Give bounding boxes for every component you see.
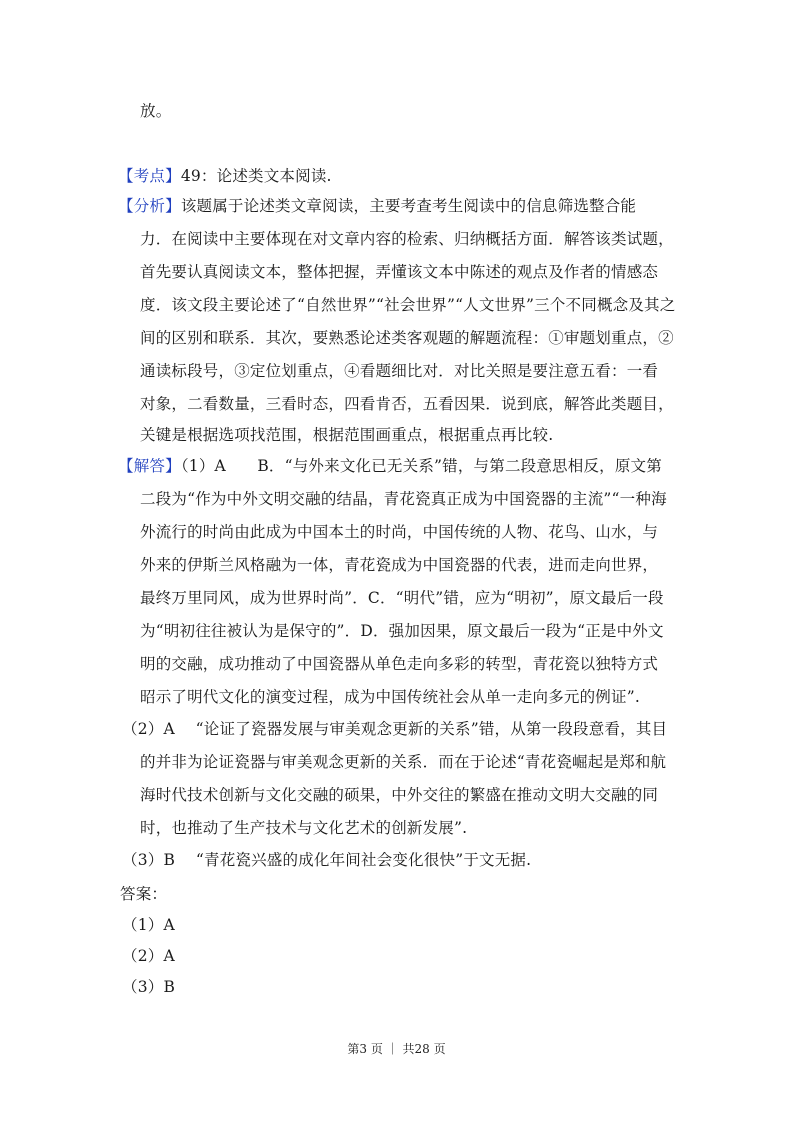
fenxi-row: 【分析】该题属于论述类文章阅读，主要考查考生阅读中的信息筛选整合能	[118, 196, 636, 216]
answers-label: 答案：	[120, 884, 167, 904]
fenxi-label: 【分析】	[118, 197, 181, 215]
jieda-line: 外流行的时尚由此成为中国本土的时尚，中国传统的人物、花鸟、山水，与	[140, 522, 658, 542]
fenxi-line: 力．在阅读中主要体现在对文章内容的检索、归纳概括方面．解答该类试题，	[140, 229, 674, 249]
jieda-part2-line: 的并非为论证瓷器与审美观念更新的关系．而在于论述“青花瓷崛起是郑和航	[140, 752, 666, 772]
jieda-part2-line: 时，也推动了生产技术与文化艺术的创新发展”.	[140, 818, 467, 838]
jieda-line: 明的交融，成功推动了中国瓷器从单色走向多彩的转型，青花瓷以独特方式	[140, 654, 658, 674]
jieda-line: 二段为“作为中外文明交融的结晶，青花瓷真正成为中国瓷器的主流”“一种海	[140, 489, 667, 509]
jieda-line: 最终万里同风，成为世界时尚”．C．“明代”错，应为“明初”，原文最后一段	[140, 588, 664, 608]
kaodian-row: 【考点】49：论述类文本阅读.	[118, 166, 332, 186]
kaodian-text: 49：论述类文本阅读.	[181, 167, 332, 185]
fenxi-line: 首先要认真阅读文本，整体把握，弄懂该文本中陈述的观点及作者的情感态	[140, 262, 658, 282]
fenxi-line: 间的区别和联系．其次，要熟悉论述类客观题的解题流程：①审题划重点，②	[140, 328, 674, 348]
answer-item: （2）A	[122, 946, 175, 966]
jieda-label: 【解答】	[118, 457, 181, 475]
answer-item: （1）A	[122, 915, 175, 935]
jieda-row: 【解答】（1）A B．“与外来文化已无关系”错，与第二段意思相反，原文第	[118, 456, 662, 476]
jieda-line: 为“明初往往被认为是保守的”．D．强加因果，原文最后一段为“正是中外文	[140, 621, 664, 641]
page-footer: 第3 页 ｜ 共28 页	[0, 1040, 793, 1057]
document-page: 放。 【考点】49：论述类文本阅读. 【分析】该题属于论述类文章阅读，主要考查考…	[0, 0, 793, 1122]
jieda-line: 昭示了明代文化的演变过程，成为中国传统社会从单一走向多元的例证”.	[140, 687, 640, 707]
answer-item: （3）B	[122, 977, 175, 997]
jieda-line: 外来的伊斯兰风格融为一体，青花瓷成为中国瓷器的代表，进而走向世界，	[140, 555, 658, 575]
jieda-part2-line: 海时代技术创新与文化交融的硕果，中外交往的繁盛在推动文明大交融的同	[140, 785, 658, 805]
continuation-text: 放。	[140, 101, 171, 121]
fenxi-line: 通读标段号，③定位划重点，④看题细比对．对比关照是要注意五看：一看	[140, 361, 658, 381]
fenxi-line: 该题属于论述类文章阅读，主要考查考生阅读中的信息筛选整合能	[181, 197, 636, 215]
kaodian-label: 【考点】	[118, 167, 181, 185]
jieda-part3-line: （3）B “青花瓷兴盛的成化年间社会变化很快”于文无据.	[122, 850, 531, 870]
jieda-line: （1）A B．“与外来文化已无关系”错，与第二段意思相反，原文第	[181, 457, 662, 475]
fenxi-line: 对象，二看数量，三看时态，四看肯否，五看因果．说到底，解答此类题目，	[140, 394, 674, 414]
jieda-part2-line: （2）A “论证了瓷器发展与审美观念更新的关系”错，从第一段段意看，其目	[122, 719, 667, 739]
fenxi-line: 关键是根据选项找范围，根据范围画重点，根据重点再比较.	[140, 425, 553, 445]
fenxi-line: 度．该文段主要论述了“自然世界”“社会世界”“人文世界”三个不同概念及其之	[140, 295, 675, 315]
